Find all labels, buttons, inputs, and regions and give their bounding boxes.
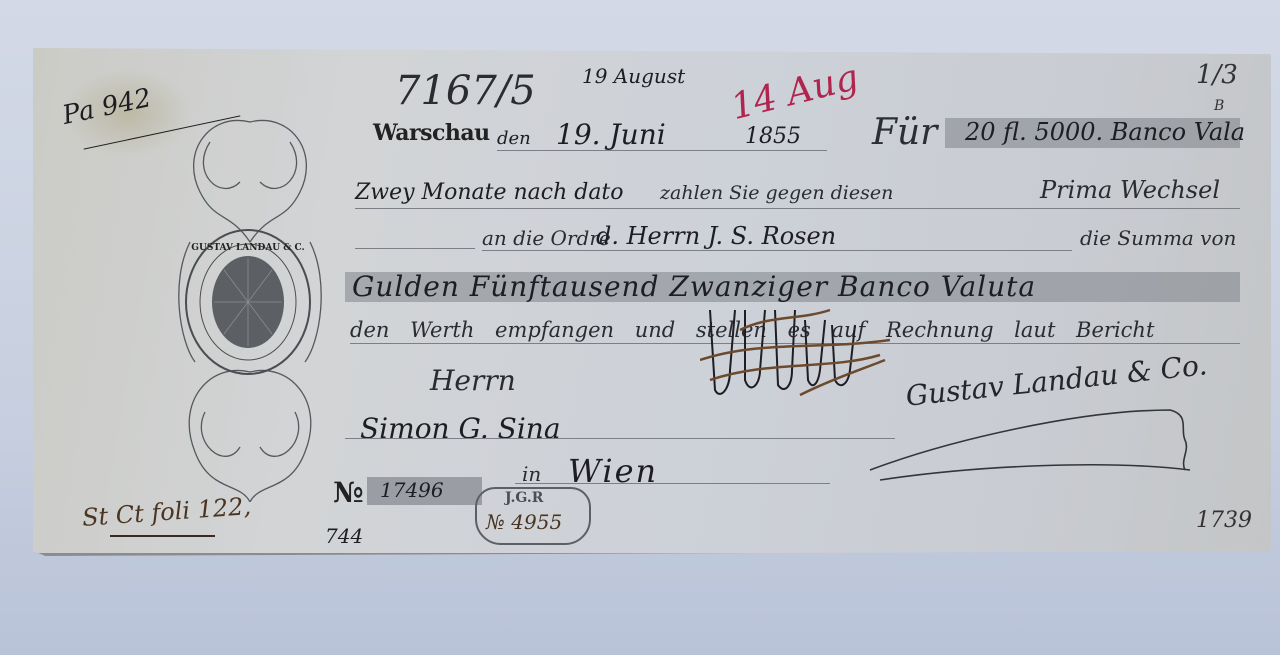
signature-flourish xyxy=(860,380,1200,490)
printed-pay-text: zahlen Sie gegen diesen xyxy=(660,182,893,204)
city-rule xyxy=(515,483,830,484)
den-label: den xyxy=(497,128,531,149)
line1-rule xyxy=(355,208,1240,209)
date-underline xyxy=(497,150,827,151)
summa-label: die Summa von xyxy=(1080,226,1236,250)
herrn-label: Herrn xyxy=(430,364,516,397)
sum-in-words: Gulden Fünftausend Zwanziger Banco Valut… xyxy=(352,270,1036,303)
corner-note-sub: B xyxy=(1214,98,1224,114)
bottom-right-note: 1739 xyxy=(1196,508,1252,533)
vignette-text: GUSTAV LANDAU & C. xyxy=(191,243,304,253)
number-label: № xyxy=(333,476,363,509)
bottom-left-underline xyxy=(110,535,215,537)
line2-rule xyxy=(482,250,1072,251)
drawee-city: Wien xyxy=(568,452,658,490)
term-text: Zwey Monate nach dato xyxy=(355,180,624,205)
corner-note: 1/3 xyxy=(1196,60,1238,90)
stamp-initials: J.G.R xyxy=(505,490,543,506)
stamp-number: № 4955 xyxy=(486,510,562,534)
drawee-name: Simon G. Sina xyxy=(360,412,561,445)
payee-name: d. Herrn J. S. Rosen xyxy=(596,222,836,250)
fuer-label: Für xyxy=(872,112,937,153)
prima-wechsel-label: Prima Wechsel xyxy=(1040,176,1220,204)
amount-figures: 20 fl. 5000. Banco Vala xyxy=(965,118,1245,146)
line2-left-rule xyxy=(355,248,475,249)
issue-date: 19. Juni xyxy=(556,118,666,151)
bottom-initials: 744 xyxy=(325,524,363,548)
place-printed: Warschau xyxy=(373,120,490,146)
drawee-rule xyxy=(345,438,895,439)
engraved-vignette: GUSTAV LANDAU & C. xyxy=(170,112,330,502)
top-date-note: 19 August xyxy=(582,64,685,88)
number-value: 17496 xyxy=(380,478,444,502)
order-label: an die Ordre xyxy=(482,226,611,250)
issue-year: 1855 xyxy=(745,124,801,149)
top-amount-note: 7167/5 xyxy=(395,68,536,114)
